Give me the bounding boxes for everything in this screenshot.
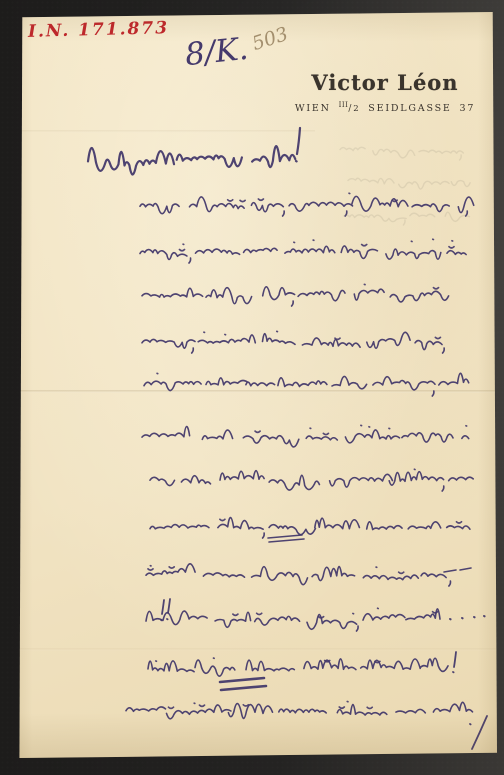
handwriting-line-7 [150, 469, 473, 491]
letter-paper: I.N. 171.873 8/K. 503 Victor Léon WIEN I… [18, 12, 497, 758]
salutation-exclamation [296, 128, 300, 161]
continuation-mark [470, 716, 487, 754]
handwriting-line-4 [142, 331, 444, 353]
scanned-letter-photo: I.N. 171.873 8/K. 503 Victor Léon WIEN I… [0, 0, 504, 775]
handwriting-line-11 [148, 658, 448, 676]
handwriting-line-9 [146, 564, 451, 586]
ghost-showthrough-stroke [340, 147, 463, 160]
underline-line8 [268, 535, 304, 542]
handwriting-line-5 [144, 373, 469, 396]
trailing-dashes-line9 [444, 568, 471, 572]
double-exclamation-line10 [161, 599, 170, 620]
ghost-showthrough-stroke [344, 212, 470, 225]
handwriting-line-3 [142, 284, 449, 306]
trailing-dots-line10 [450, 616, 485, 619]
handwriting-body [18, 12, 497, 758]
salutation-handwriting [88, 146, 295, 174]
double-underline-sie [220, 678, 266, 690]
handwriting-line-8 [150, 518, 470, 538]
handwriting-line-2 [140, 239, 466, 263]
ghost-showthrough-stroke [348, 178, 470, 189]
exclamation-line11 [453, 652, 456, 672]
handwriting-line-10 [146, 608, 440, 631]
handwriting-line-12 [126, 702, 473, 719]
handwriting-line-6 [142, 425, 469, 447]
handwriting-line-1 [140, 193, 474, 216]
